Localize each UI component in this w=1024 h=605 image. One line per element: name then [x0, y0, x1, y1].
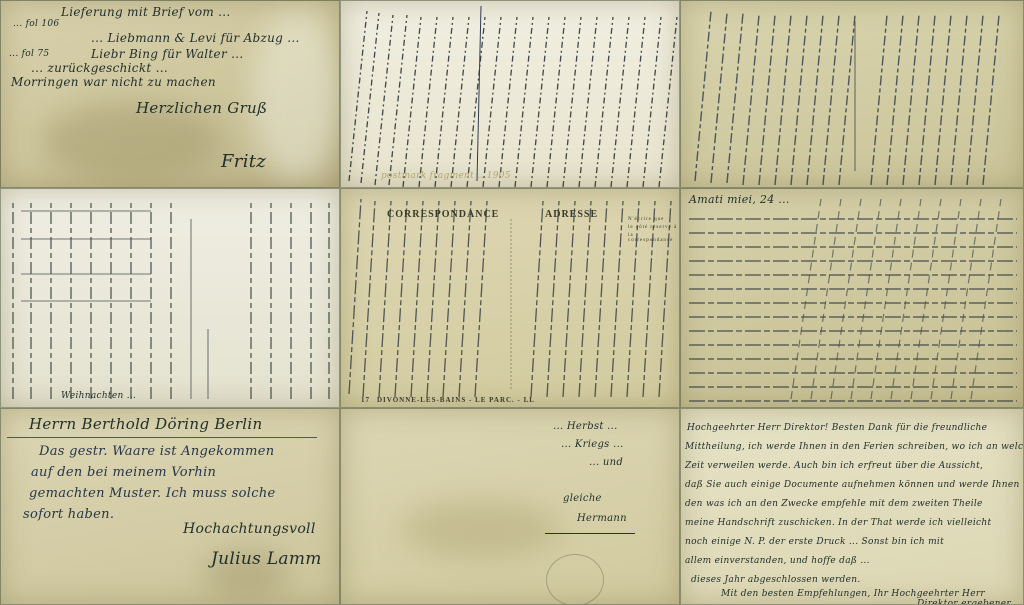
crosshatched-handwriting: [681, 189, 1024, 408]
underline: [545, 533, 635, 534]
signature: Julius Lamm: [211, 549, 322, 569]
handwriting-line: dieses Jahr abgeschlossen werden.: [691, 575, 861, 585]
handwriting-line: Zeit verweilen werde. Auch bin ich erfre…: [685, 461, 983, 471]
address-line: Herrn Berthold Döring Berlin: [29, 415, 262, 433]
postcard-bottom-right: Hochgeehrter Herr Direktor! Besten Dank …: [680, 408, 1024, 605]
handwriting-line: auf den bei meinem Vorhin: [31, 465, 216, 480]
postcard-top-center: postmark fragment ...1905: [340, 0, 680, 188]
postcard-middle-center: CORRESPONDANCE ADRESSE N'écrire que le c…: [340, 188, 680, 408]
postcard-bottom-left: Herrn Berthold Döring Berlin Das gestr. …: [0, 408, 340, 605]
postcard-top-right: [680, 0, 1024, 188]
handwriting-line: noch einige N. P. der erste Druck ... So…: [685, 537, 944, 547]
handwriting-line: Morringen war nicht zu machen: [11, 75, 216, 89]
margin-note: ... fol 75: [9, 49, 49, 59]
handwriting-line: den was ich an den Zwecke empfehle mit d…: [685, 499, 983, 509]
closing: Mit den besten Empfehlungen, Ihr Hochgee…: [721, 589, 985, 599]
postcard-collage: ... fol 106 ... fol 75 Lieferung mit Bri…: [0, 0, 1024, 605]
handwriting-line: ... Liebmann & Levi für Abzug ...: [91, 31, 300, 45]
signature: Direktor ergebener: [917, 599, 1011, 605]
closing: Herzlichen Gruß: [136, 99, 267, 117]
handwriting-line: daß Sie auch einige Documente aufnehmen …: [685, 480, 1020, 490]
stamp-note: le côté réservé à: [628, 225, 677, 230]
stamp-note: la correspondance: [628, 233, 679, 243]
divider: [7, 437, 317, 438]
handwriting-line: Liebr Bing für Walter ...: [91, 47, 243, 61]
printed-header-adresse: ADRESSE: [545, 209, 598, 220]
postmark-circle: [546, 554, 604, 605]
handwriting-line: gemachten Muster. Ich muss solche: [29, 486, 276, 501]
signature: Fritz: [221, 151, 266, 172]
handwriting-line: Lieferung mit Brief vom ...: [61, 5, 231, 19]
bottom-note: Weihnachten ...: [61, 391, 136, 401]
letter-header: Amati miei, 24 ...: [689, 193, 790, 206]
stamp-note: N'écrire que: [628, 217, 664, 222]
handwriting-line: meine Handschrift zuschicken. In der Tha…: [685, 518, 991, 528]
postcard-bottom-center: ... Herbst ... ... Kriegs ... ... und gl…: [340, 408, 680, 605]
handwriting-line: Hochgeehrter Herr Direktor! Besten Dank …: [687, 423, 987, 433]
handwriting-line: allem einverstanden, und hoffe daß ...: [685, 556, 870, 566]
closing: Hochachtungsvoll: [183, 521, 316, 537]
caption-number: 17: [361, 396, 370, 404]
postmark-note: postmark fragment ...1905: [381, 171, 511, 181]
vertical-handwriting: [1, 189, 340, 408]
handwriting-line: Das gestr. Waare ist Angekommen: [39, 444, 274, 459]
postcard-top-left: ... fol 106 ... fol 75 Lieferung mit Bri…: [0, 0, 340, 188]
postcard-middle-right: Amati miei, 24 ...: [680, 188, 1024, 408]
printed-caption: DIVONNE-LES-BAINS - LE PARC. - LL: [377, 396, 535, 404]
handwriting-line: ... und: [589, 457, 623, 468]
handwriting-line: Mittheilung, ich werde Ihnen in den Feri…: [685, 442, 1024, 452]
handwriting-line: ... Herbst ...: [553, 421, 618, 432]
margin-note: ... fol 106: [13, 19, 59, 29]
vertical-handwriting: [681, 1, 1024, 188]
vertical-handwriting: [341, 1, 680, 188]
printed-header-correspondance: CORRESPONDANCE: [387, 209, 499, 220]
signature: Hermann: [577, 513, 627, 524]
postcard-middle-left: Weihnachten ...: [0, 188, 340, 408]
handwriting-line: ... Kriegs ...: [561, 439, 624, 450]
handwriting-line: sofort haben.: [23, 507, 114, 522]
handwriting-line: gleiche: [563, 493, 602, 504]
handwriting-line: ... zurückgeschickt ...: [31, 61, 168, 75]
